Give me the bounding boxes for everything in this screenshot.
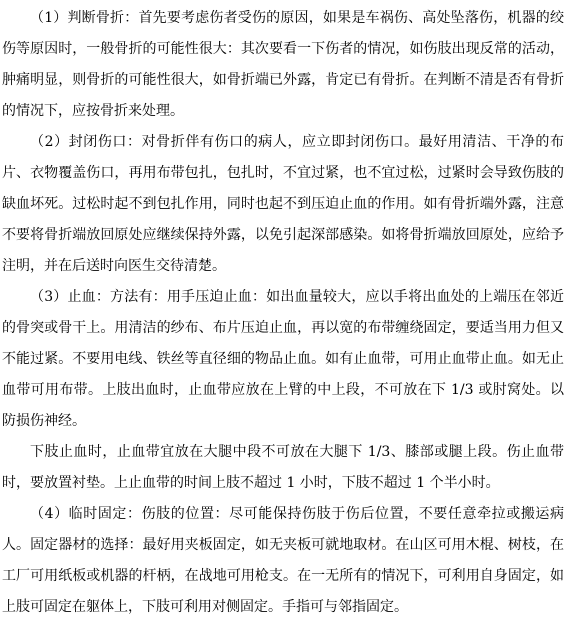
paragraph-lower-limb-hemostasis: 下肢止血时，止血带宜放在大腿中段不可放在大腿下 1/3、膝部或腿上段。伤止血带时… bbox=[2, 437, 564, 499]
document-page: （1）判断骨折：首先要考虑伤者受伤的原因，如果是车祸伤、高处坠落伤，机器的绞伤等… bbox=[0, 0, 566, 623]
paragraph-close-wound: （2）封闭伤口：对骨折伴有伤口的病人，应立即封闭伤口。最好用清洁、干净的布片、衣… bbox=[2, 127, 564, 282]
paragraph-hemostasis: （3）止血：方法有：用手压迫止血：如出血量较大，应以手将出血处的上端压在邻近的骨… bbox=[2, 282, 564, 437]
paragraph-temporary-fixation: （4）临时固定：伤肢的位置：尽可能保持伤肢于伤后位置，不要任意牵拉或搬运病人。固… bbox=[2, 499, 564, 623]
paragraph-judge-fracture: （1）判断骨折：首先要考虑伤者受伤的原因，如果是车祸伤、高处坠落伤，机器的绞伤等… bbox=[2, 3, 564, 127]
